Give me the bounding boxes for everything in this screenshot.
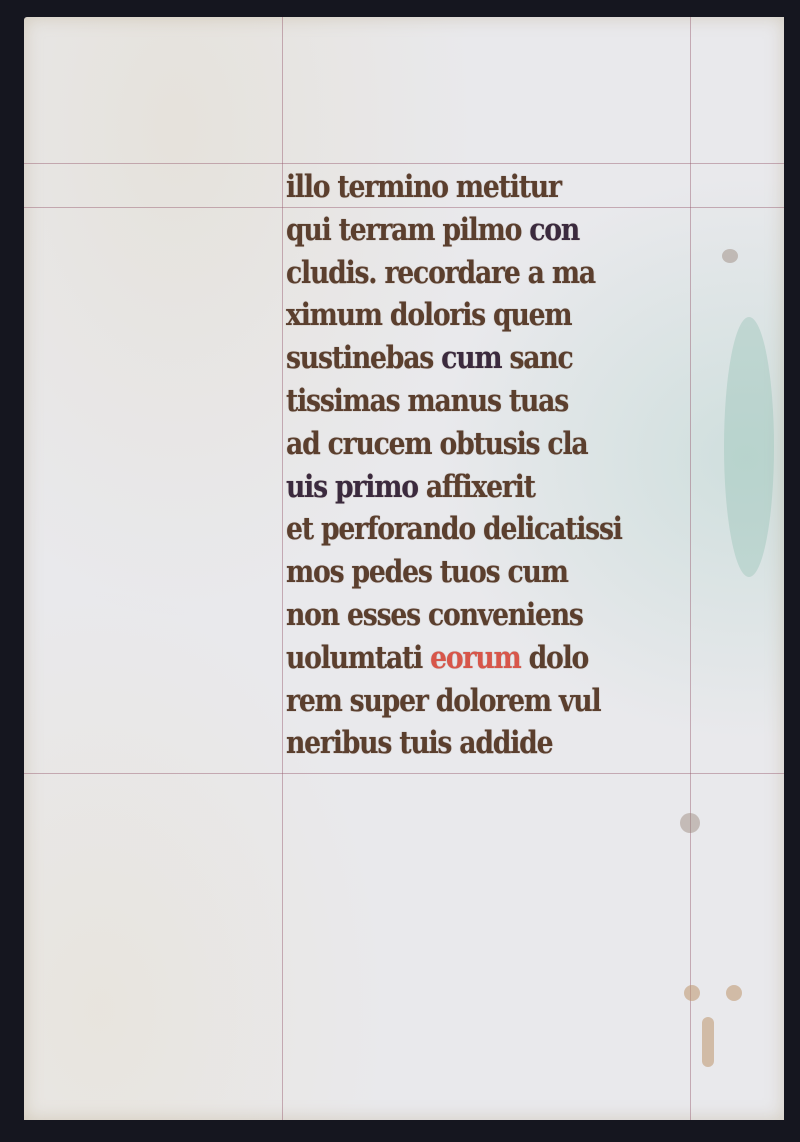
text-line-10: mos pedes tuos cum [286, 551, 630, 594]
stain-mark [684, 985, 700, 1001]
text-line-3: cludis. recordare a ma [286, 252, 630, 295]
text-line-7: ad crucem obtusis cla [286, 423, 630, 466]
ruling-line-bottom [24, 773, 784, 774]
text-line-14: neribus tuis addide [286, 722, 630, 765]
text-line-1: illo termino metitur [286, 166, 630, 209]
text-line-2: qui terram pilmo con [286, 209, 630, 252]
text-line-8: uis primo affixerit [286, 466, 630, 509]
text-line-12: uolumtati eorum dolo [286, 637, 630, 680]
manuscript-text-block: illo termino metitur qui terram pilmo co… [286, 166, 686, 765]
stain-mark [702, 1017, 714, 1067]
stain-mark [680, 813, 700, 833]
stain-mark [724, 317, 774, 577]
stain-mark [722, 249, 738, 263]
ruling-line-right [690, 17, 691, 1120]
ruling-line-left [282, 17, 283, 1120]
stain-mark [726, 985, 742, 1001]
text-line-13: rem super dolorem vul [286, 680, 630, 723]
text-line-5: sustinebas cum sanc [286, 337, 630, 380]
ruling-line-top [24, 163, 784, 164]
text-line-11: non esses conveniens [286, 594, 630, 637]
text-line-4: ximum doloris quem [286, 294, 630, 337]
text-line-6: tissimas manus tuas [286, 380, 630, 423]
text-line-9: et perforando delicatissi [286, 508, 630, 551]
